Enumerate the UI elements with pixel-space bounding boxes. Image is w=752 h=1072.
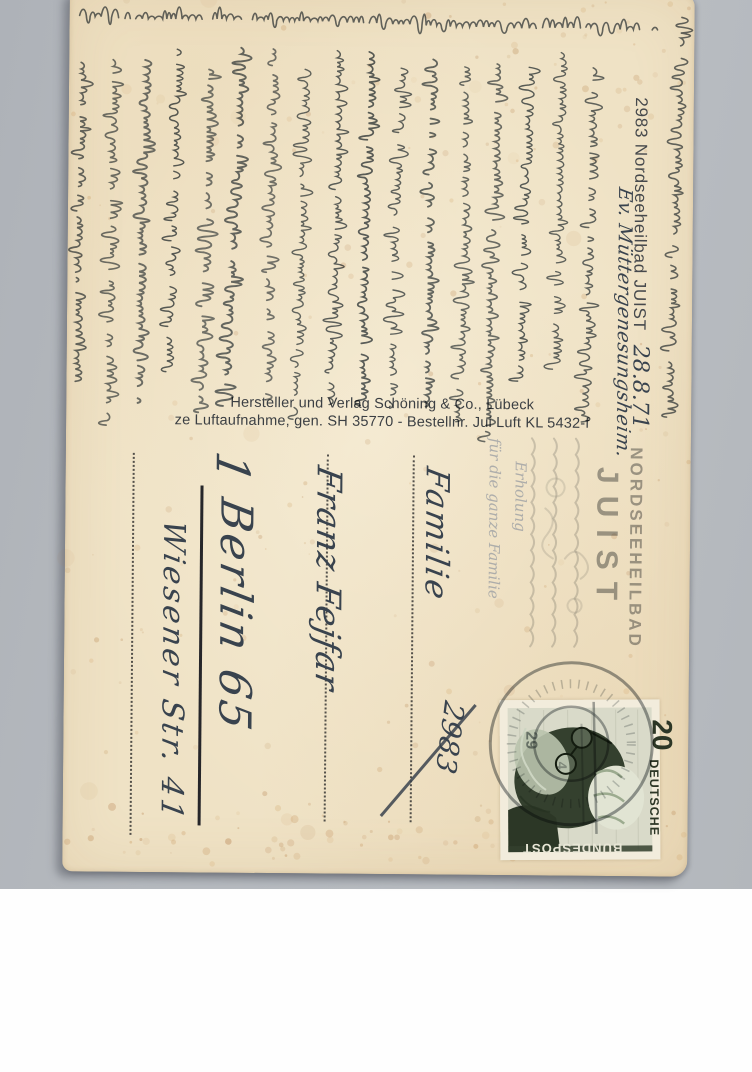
postcard-scan: 2983 Nordseeheilbad JUIST28.8.71 Ev. Müt… [0, 0, 752, 1072]
circular-postmark: 29 4 [470, 643, 672, 845]
address-line-name: Franz Fejfar [310, 463, 346, 694]
address-line-city: Berlin 65 [211, 495, 257, 736]
slogan-postmark-artwork [504, 438, 616, 654]
address-line-familie: Familie [421, 465, 454, 604]
slogan-postmark-town: NORDSEEHEILBAD [626, 447, 645, 649]
postmark-extra-mark: 4 [554, 762, 570, 770]
message-handwriting [66, 0, 695, 465]
postmark-date-digits: 29 [522, 731, 539, 749]
address-line-street: Wiesener Str. 41 [156, 518, 189, 824]
page-white-margin [0, 889, 752, 1072]
postcard-back: 2983 Nordseeheilbad JUIST28.8.71 Ev. Müt… [62, 0, 695, 877]
